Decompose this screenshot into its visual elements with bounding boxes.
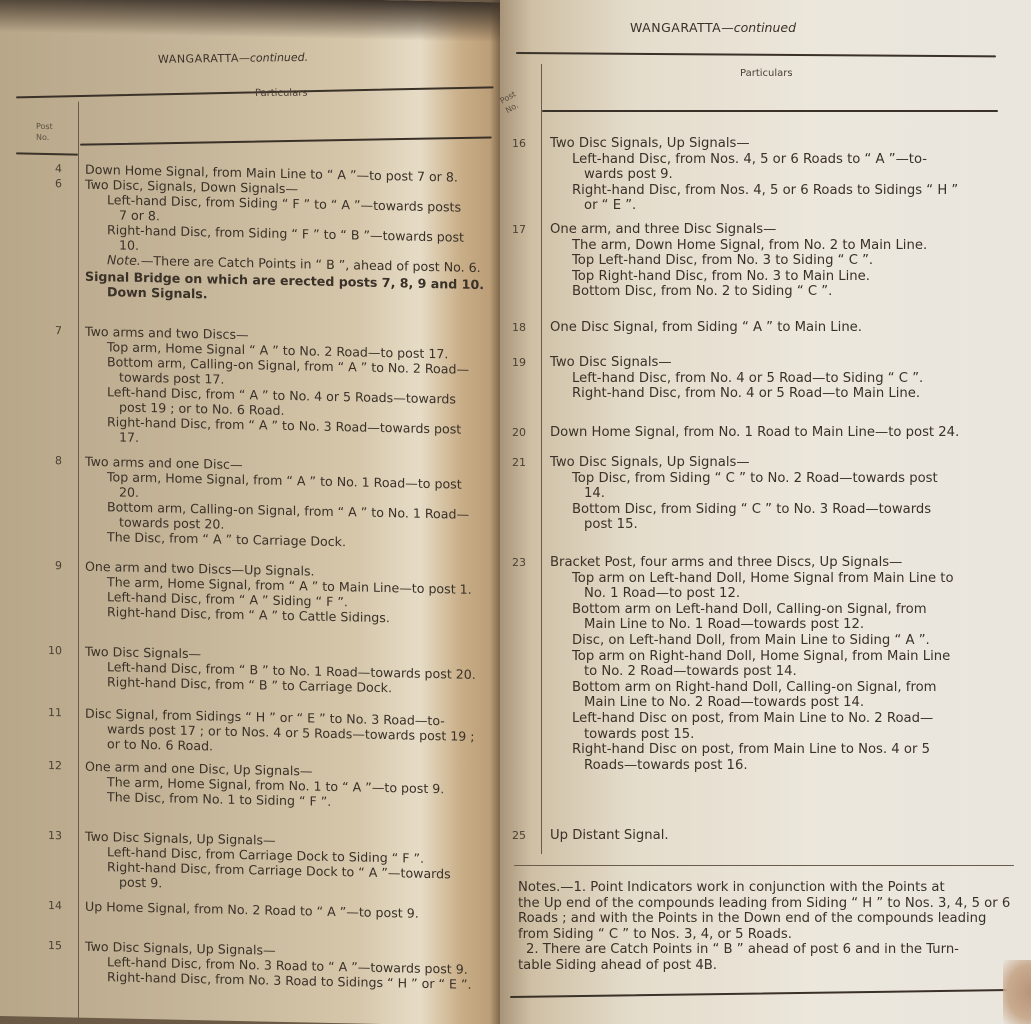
post-number: 25 (500, 828, 526, 844)
note-line: Notes.—1. Point Indicators work in conju… (518, 880, 1018, 896)
particulars-text: Up Home Signal, from No. 2 Road to “ A ”… (85, 899, 419, 921)
signal-entry: 15Two Disc Signals, Up Signals—Left-hand… (0, 937, 512, 948)
particulars-line: post 15. (550, 517, 938, 533)
particulars-line: Left-hand Disc, from Nos. 4, 5 or 6 Road… (550, 152, 958, 168)
right-entries: 16Two Disc Signals, Up Signals—Left-hand… (500, 0, 1031, 1024)
post-number: 8 (0, 452, 62, 468)
particulars-line: Top Left-hand Disc, from No. 3 to Siding… (550, 253, 927, 269)
signal-entry: 12One arm and one Disc, Up Signals—The a… (0, 757, 512, 768)
particulars-line: Up Distant Signal. (550, 828, 669, 844)
note-line: 2. There are Catch Points in “ B ” ahead… (518, 942, 1018, 958)
particulars-line: Two Disc Signals, Up Signals— (550, 455, 938, 471)
signal-entry: 10Two Disc Signals—Left-hand Disc, from … (0, 642, 512, 653)
left-entries: 4 6Down Home Signal, from Main Line to “… (0, 0, 512, 1024)
particulars-line: Top Disc, from Siding “ C ” to No. 2 Roa… (550, 471, 938, 487)
particulars-line: Right-hand Disc, from Nos. 4, 5 or 6 Roa… (550, 183, 958, 199)
post-number: 20 (500, 425, 526, 441)
note-line: Roads ; and with the Points in the Down … (518, 911, 1018, 927)
particulars-line: Main Line to No. 1 Road—towards post 12. (550, 617, 954, 633)
particulars-line: Two Disc Signals— (550, 355, 923, 371)
particulars-text: Signal Bridge on which are erected posts… (85, 269, 484, 307)
particulars-line: Down Home Signal, from No. 1 Road to Mai… (550, 425, 959, 441)
particulars-text: Two arms and one Disc—Top arm, Home Sign… (85, 454, 469, 552)
particulars-text: Two Disc Signals, Up Signals—Left-hand D… (550, 136, 958, 214)
post-number: 17 (500, 222, 526, 238)
note-line: the Up end of the compounds leading from… (518, 896, 1018, 912)
particulars-text: Down Home Signal, from No. 1 Road to Mai… (550, 425, 959, 441)
particulars-line: towards post 15. (550, 727, 954, 743)
particulars-text: Disc Signal, from Sidings “ H ” or “ E ”… (85, 706, 475, 759)
particulars-text: One arm and two Discs—Up Signals.The arm… (85, 559, 472, 627)
particulars-text: Up Distant Signal. (550, 828, 669, 844)
post-number: 10 (0, 642, 62, 658)
particulars-line: Bottom arm on Right-hand Doll, Calling-o… (550, 680, 954, 696)
post-number: 7 (0, 322, 62, 338)
particulars-text: Bracket Post, four arms and three Discs,… (550, 555, 954, 773)
particulars-text: Two arms and two Discs—Top arm, Home Sig… (85, 324, 469, 452)
signal-entry: 8Two arms and one Disc—Top arm, Home Sig… (0, 452, 512, 463)
particulars-line: 14. (550, 486, 938, 502)
post-number: 21 (500, 455, 526, 471)
post-number: 16 (500, 136, 526, 152)
post-number: 12 (0, 757, 62, 773)
post-number: 15 (0, 937, 62, 953)
post-number: 14 (0, 897, 62, 913)
particulars-text: One arm and one Disc, Up Signals—The arm… (85, 759, 444, 812)
particulars-text: Two Disc Signals—Left-hand Disc, from “ … (85, 644, 476, 697)
particulars-text: Two Disc Signals, Up Signals—Left-hand D… (85, 829, 451, 897)
particulars-line: or “ E ”. (550, 198, 958, 214)
particulars-text: Two Disc Signals, Up Signals—Top Disc, f… (550, 455, 938, 533)
particulars-text: Two Disc Signals—Left-hand Disc, from No… (550, 355, 923, 402)
left-page: WANGARATTA—continued. Particulars Post N… (0, 0, 512, 1024)
particulars-line: One Disc Signal, from Siding “ A ” to Ma… (550, 320, 862, 336)
signal-entry: 7Two arms and two Discs—Top arm, Home Si… (0, 322, 512, 333)
particulars-line: Right-hand Disc on post, from Main Line … (550, 742, 954, 758)
particulars-text: Down Home Signal, from Main Line to “ A … (85, 162, 481, 275)
signal-entry: 14Up Home Signal, from No. 2 Road to “ A… (0, 897, 512, 908)
particulars-text: One arm, and three Disc Signals—The arm,… (550, 222, 927, 300)
particulars-text: Two Disc Signals, Up Signals—Left-hand D… (85, 939, 472, 992)
particulars-line: Main Line to No. 2 Road—towards post 14. (550, 695, 954, 711)
particulars-line: Bottom arm on Left-hand Doll, Calling-on… (550, 602, 954, 618)
post-number: 18 (500, 320, 526, 336)
signal-entry: 13Two Disc Signals, Up Signals—Left-hand… (0, 827, 512, 838)
book-spread: WANGARATTA—continued. Particulars Post N… (0, 0, 1031, 1024)
thumb (1003, 960, 1031, 1024)
particulars-line: Bracket Post, four arms and three Discs,… (550, 555, 954, 571)
post-number (0, 267, 62, 268)
post-number: 4 6 (0, 160, 62, 191)
signal-entry: 4 6Down Home Signal, from Main Line to “… (0, 160, 512, 171)
right-page: WANGARATTA—continued Particulars Post No… (500, 0, 1031, 1024)
particulars-line: to No. 2 Road—towards post 14. (550, 664, 954, 680)
particulars-line: Left-hand Disc, from No. 4 or 5 Road—to … (550, 371, 923, 387)
particulars-line: No. 1 Road—to post 12. (550, 586, 954, 602)
particulars-line: The arm, Down Home Signal, from No. 2 to… (550, 238, 927, 254)
note-line: from Siding “ C ” to Nos. 3, 4, or 5 Roa… (518, 927, 1018, 943)
post-number: 11 (0, 704, 62, 720)
particulars-line: Disc, on Left-hand Doll, from Main Line … (550, 633, 954, 649)
particulars-line: Top arm on Left-hand Doll, Home Signal f… (550, 571, 954, 587)
post-number: 19 (500, 355, 526, 371)
particulars-line: Two Disc Signals, Up Signals— (550, 136, 958, 152)
post-number: 23 (500, 555, 526, 571)
signal-entry: 11Disc Signal, from Sidings “ H ” or “ E… (0, 704, 512, 715)
particulars-line: Roads—towards post 16. (550, 758, 954, 774)
particulars-line: Up Home Signal, from No. 2 Road to “ A ”… (85, 899, 419, 921)
post-number: 13 (0, 827, 62, 843)
particulars-line: Bottom Disc, from No. 2 to Siding “ C ”. (550, 284, 927, 300)
particulars-line: One arm, and three Disc Signals— (550, 222, 927, 238)
post-number: 9 (0, 557, 62, 573)
particulars-line: Top arm on Right-hand Doll, Home Signal,… (550, 649, 954, 665)
particulars-line: wards post 9. (550, 167, 958, 183)
particulars-text: One Disc Signal, from Siding “ A ” to Ma… (550, 320, 862, 336)
signal-entry: 9One arm and two Discs—Up Signals.The ar… (0, 557, 512, 568)
particulars-line: Top Right-hand Disc, from No. 3 to Main … (550, 269, 927, 285)
note-line: table Siding ahead of post 4B. (518, 958, 1018, 974)
notes-section: Notes.—1. Point Indicators work in conju… (518, 880, 1018, 974)
particulars-line: Bottom Disc, from Siding “ C ” to No. 3 … (550, 502, 938, 518)
particulars-line: Right-hand Disc, from No. 4 or 5 Road—to… (550, 386, 923, 402)
particulars-line: Left-hand Disc on post, from Main Line t… (550, 711, 954, 727)
